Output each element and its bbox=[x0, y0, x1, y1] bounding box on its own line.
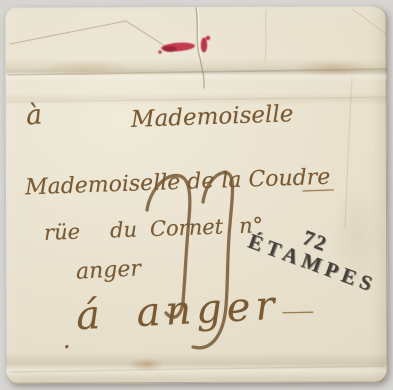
letter-paper bbox=[5, 6, 387, 383]
letter-scan: à Mademoiselle Mademoiselle de la Coudre… bbox=[0, 0, 393, 390]
